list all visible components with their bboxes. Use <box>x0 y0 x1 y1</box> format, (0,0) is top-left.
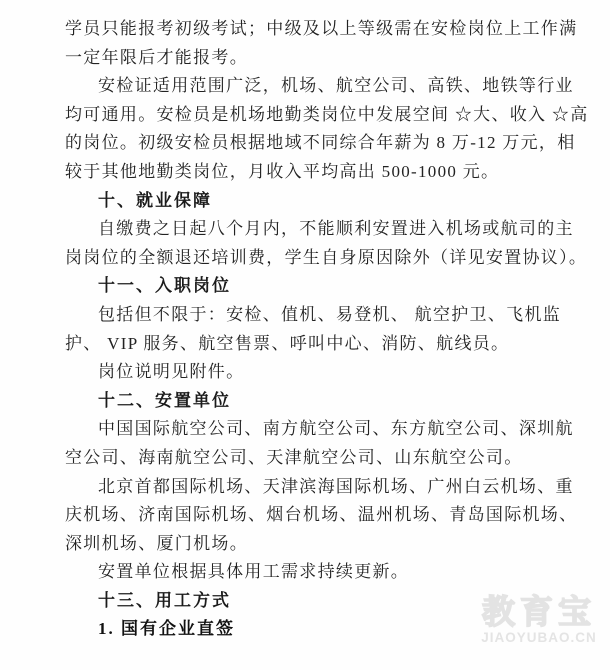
text-line: 的岗位。初级安检员根据地域不同综合年薪为 8 万-12 万元，相 <box>65 129 595 158</box>
text-line: 均可通用。安检员是机场地勤类岗位中发展空间 ☆大、收入 ☆高 <box>65 101 595 130</box>
text-line: 中国国际航空公司、南方航空公司、东方航空公司、深圳航 <box>65 415 595 444</box>
document-page: 学员只能报考初级考试；中级及以上等级需在安检岗位上工作满 一定年限后才能报考。 … <box>0 0 610 670</box>
text-line: 安置单位根据具体用工需求持续更新。 <box>65 558 595 587</box>
text-line: 安检证适用范围广泛，机场、航空公司、高铁、地铁等行业 <box>65 72 595 101</box>
text-line: 岗位说明见附件。 <box>65 358 595 387</box>
text-line: 深圳机场、厦门机场。 <box>65 530 595 559</box>
text-line: 自缴费之日起八个月内，不能顺利安置进入机场或航司的主 <box>65 215 595 244</box>
text-line: 护、 VIP 服务、航空售票、呼叫中心、消防、航线员。 <box>65 330 595 359</box>
text-line: 一定年限后才能报考。 <box>65 44 595 73</box>
document-content: 学员只能报考初级考试；中级及以上等级需在安检岗位上工作满 一定年限后才能报考。 … <box>65 15 595 644</box>
list-item-state-owned-direct-sign: 1. 国有企业直签 <box>65 615 595 644</box>
section-heading-employment-mode: 十三、用工方式 <box>65 587 595 616</box>
text-line: 学员只能报考初级考试；中级及以上等级需在安检岗位上工作满 <box>65 15 595 44</box>
text-line: 北京首都国际机场、天津滨海国际机场、广州白云机场、重 <box>65 473 595 502</box>
section-heading-employment-guarantee: 十、就业保障 <box>65 187 595 216</box>
text-line: 包括但不限于：安检、值机、易登机、 航空护卫、飞机监 <box>65 301 595 330</box>
text-line: 较于其他地勤类岗位，月收入平均高出 500-1000 元。 <box>65 158 595 187</box>
section-heading-entry-positions: 十一、入职岗位 <box>65 272 595 301</box>
text-line: 岗岗位的全额退还培训费，学生自身原因除外（详见安置协议）。 <box>65 244 595 273</box>
text-line: 空公司、海南航空公司、天津航空公司、山东航空公司。 <box>65 444 595 473</box>
text-line: 庆机场、济南国际机场、烟台机场、温州机场、青岛国际机场、 <box>65 501 595 530</box>
section-heading-placement-units: 十二、安置单位 <box>65 387 595 416</box>
